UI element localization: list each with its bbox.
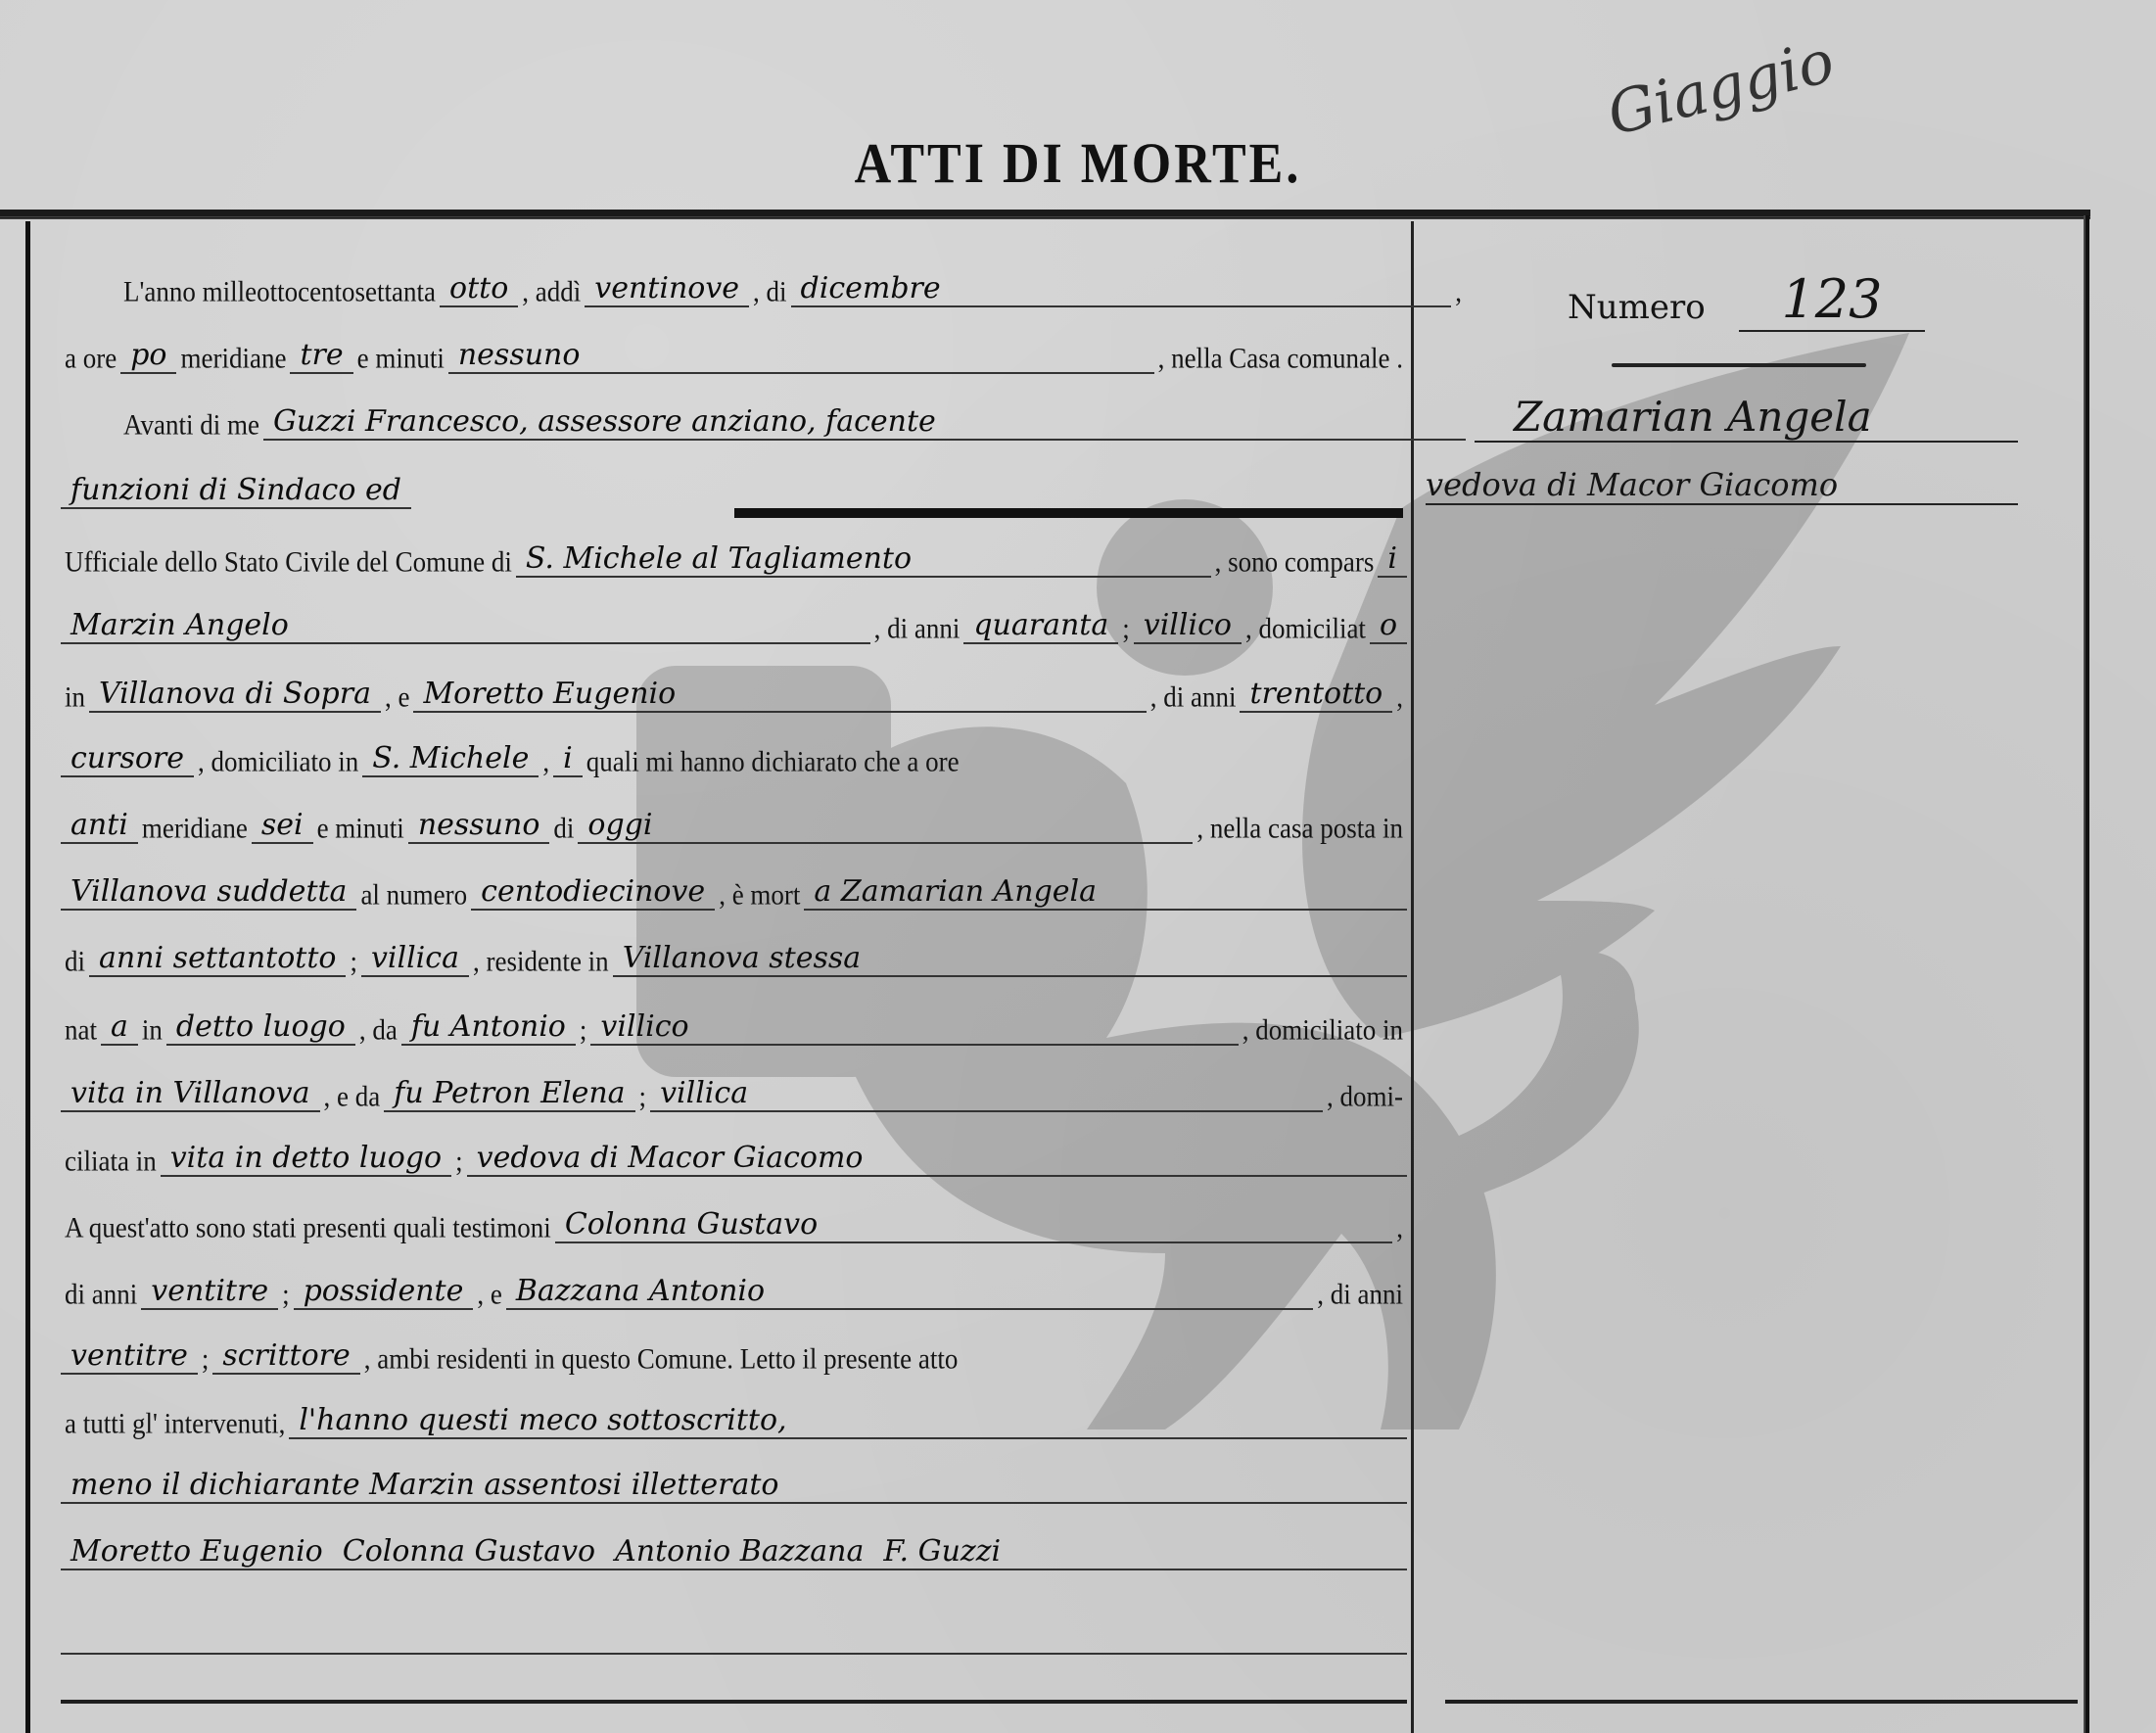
printed-text: Avanti di me (119, 409, 263, 442)
record-line: antimeridianeseie minutinessunodioggi, n… (61, 793, 1407, 844)
frame-column-divider (1411, 221, 1414, 1733)
handwritten-entry: Bazzana Antonio (506, 1274, 1313, 1310)
printed-text: nat (61, 1014, 101, 1047)
deceased-name: Zamarian Angela (1475, 393, 2018, 443)
handwritten-entry: S. Michele al Tagliamento (516, 541, 1211, 578)
printed-text: ; (1118, 613, 1134, 645)
handwritten-entry: tre (290, 338, 352, 374)
handwritten-entry: Antonio Bazzana (605, 1534, 873, 1570)
record-line: ciliata invita in detto luogo;vedova di … (61, 1126, 1407, 1177)
register-column: Numero 123 Zamarian Angela vedova di Mac… (1416, 221, 2082, 1733)
frame-left-border (25, 221, 30, 1733)
handwritten-entry: cursore (61, 741, 194, 777)
printed-text: al numero (356, 879, 471, 912)
numero-ornament-rule (1612, 363, 1866, 367)
printed-text: , e da (320, 1081, 385, 1113)
handwritten-entry: centodiecinove (471, 874, 715, 911)
printed-text: a ore (61, 343, 120, 375)
handwritten-entry: fu Antonio (401, 1009, 576, 1046)
record-line: Ufficiale dello Stato Civile del Comune … (61, 527, 1407, 578)
printed-text: ; (198, 1343, 213, 1376)
handwritten-entry: ventinove (585, 271, 749, 307)
handwritten-entry: ventitre (141, 1274, 278, 1310)
printed-text: , ambi residenti in questo Comune. Letto… (360, 1343, 962, 1376)
printed-text: ; (451, 1146, 467, 1178)
printed-text: in (61, 681, 89, 714)
printed-text: a tutti gl' intervenuti, (61, 1408, 289, 1440)
handwritten-entry: Villanova stessa (613, 941, 1407, 977)
printed-text: , domiciliat (1242, 613, 1370, 645)
printed-text: , (1392, 681, 1407, 714)
blank-rule (61, 1653, 1407, 1655)
handwritten-entry: Marzin Angelo (61, 608, 870, 644)
page-title: ATTI DI MORTE. (0, 131, 2156, 196)
handwritten-entry: nessuno (408, 808, 550, 844)
handwritten-entry: sei (252, 808, 313, 844)
printed-text: , e (473, 1279, 505, 1311)
handwritten-entry: Colonna Gustavo (555, 1207, 1392, 1243)
handwritten-entry: Guzzi Francesco, assessore anziano, face… (263, 404, 1466, 441)
handwritten-entry: trentotto (1240, 677, 1392, 713)
handwritten-entry: otto (440, 271, 518, 307)
record-line: Avanti di meGuzzi Francesco, assessore a… (61, 390, 1466, 441)
handwritten-entry: vita in detto luogo (161, 1141, 451, 1177)
record-line: a tutti gl' intervenuti,l'hanno questi m… (61, 1388, 1407, 1439)
printed-text: , sono compars (1211, 546, 1379, 579)
handwritten-entry: anni settantotto (89, 941, 346, 977)
handwritten-entry: dicembre (791, 271, 1452, 307)
handwritten-entry: vita in Villanova (61, 1076, 320, 1112)
printed-text: , e (381, 681, 413, 714)
printed-text: , nella Casa comunale . (1154, 343, 1407, 375)
handwritten-entry: F. Guzzi (873, 1534, 1407, 1570)
record-line: Villanova suddettaal numerocentodiecinov… (61, 860, 1407, 911)
printed-text: ; (278, 1279, 294, 1311)
printed-text: e minuti (353, 343, 448, 375)
printed-text: ; (635, 1081, 651, 1113)
handwritten-entry: Colonna Gustavo (333, 1534, 605, 1570)
handwritten-entry: l'hanno questi meco sottoscritto, (289, 1403, 1407, 1439)
printed-text: di (549, 813, 578, 845)
handwritten-entry: Villanova di Sopra (89, 677, 381, 713)
printed-text: A quest'atto sono stati presenti quali t… (61, 1212, 555, 1244)
printed-text: ; (576, 1014, 591, 1047)
handwritten-entry: villico (590, 1009, 1238, 1046)
closing-rule (61, 1700, 1407, 1704)
record-line: meno il dichiarante Marzin assentosi ill… (61, 1453, 1407, 1504)
record-line: ventitre;scrittore, ambi residenti in qu… (61, 1324, 1407, 1375)
printed-text: , di (749, 276, 791, 308)
printed-text: , nella casa posta in (1193, 813, 1407, 845)
handwritten-entry: i (553, 741, 583, 777)
printed-text: , domiciliato in (194, 746, 362, 778)
handwritten-entry: a Zamarian Angela (804, 874, 1407, 911)
record-line: cursore, domiciliato inS. Michele,iquali… (61, 726, 1407, 777)
handwritten-entry: villico (1134, 608, 1242, 644)
record-line: funzioni di Sindaco ed (61, 458, 1407, 509)
handwritten-entry: Moretto Eugenio (61, 1534, 333, 1570)
handwritten-entry: vedova di Macor Giacomo (467, 1141, 1407, 1177)
printed-text: Ufficiale dello Stato Civile del Comune … (61, 546, 516, 579)
printed-text: di anni (61, 1279, 141, 1311)
printed-text: e minuti (313, 813, 408, 845)
record-line: vita in Villanova, e dafu Petron Elena;v… (61, 1061, 1407, 1112)
printed-text: in (138, 1014, 166, 1047)
printed-text: , è mort (715, 879, 804, 912)
handwritten-entry: i (1378, 541, 1407, 578)
top-rule-divider (0, 210, 2090, 219)
printed-text: L'anno milleottocentosettanta (119, 276, 440, 308)
record-line: dianni settantotto;villica, residente in… (61, 926, 1407, 977)
handwritten-entry: po (120, 338, 176, 374)
printed-text: , di anni (1147, 681, 1241, 714)
deceased-note: vedova di Macor Giacomo (1426, 466, 2018, 505)
printed-text: , domi- (1323, 1081, 1407, 1113)
handwritten-entry: possidente (294, 1274, 474, 1310)
record-line: L'anno milleottocentosettantaotto, addìv… (61, 257, 1466, 307)
handwritten-entry: nessuno (448, 338, 1154, 374)
handwritten-entry: meno il dichiarante Marzin assentosi ill… (61, 1468, 1407, 1504)
strikeout-bar (734, 508, 1403, 518)
handwritten-entry: Moretto Eugenio (413, 677, 1146, 713)
handwritten-entry: fu Petron Elena (384, 1076, 634, 1112)
printed-text: , di anni (1313, 1279, 1407, 1311)
record-line: di anniventitre;possidente, eBazzana Ant… (61, 1259, 1407, 1310)
handwritten-entry: oggi (578, 808, 1193, 844)
record-line: A quest'atto sono stati presenti quali t… (61, 1193, 1407, 1243)
handwritten-entry: quaranta (963, 608, 1118, 644)
register-closing-rule (1445, 1700, 2078, 1704)
handwritten-entry: villica (650, 1076, 1323, 1112)
numero-label: Numero (1568, 288, 1706, 327)
printed-text: , addì (518, 276, 585, 308)
handwritten-entry: o (1370, 608, 1407, 644)
handwritten-entry: funzioni di Sindaco ed (61, 473, 411, 509)
handwritten-entry: scrittore (212, 1338, 359, 1375)
handwritten-entry: a (101, 1009, 138, 1046)
record-line: inVillanova di Sopra, eMoretto Eugenio, … (61, 662, 1407, 713)
printed-text: , da (355, 1014, 401, 1047)
record-line: a orepomeridianetree minutinessuno, nell… (61, 323, 1407, 374)
record-line: nataindetto luogo, dafu Antonio;villico,… (61, 995, 1407, 1046)
printed-text: meridiane (138, 813, 252, 845)
printed-text: , (539, 746, 553, 778)
printed-text: ciliata in (61, 1146, 161, 1178)
record-line: Marzin Angelo, di anniquaranta;villico, … (61, 593, 1407, 644)
handwritten-entry: villica (361, 941, 469, 977)
handwritten-entry: anti (61, 808, 138, 844)
handwritten-entry: ventitre (61, 1338, 198, 1375)
printed-text: , residente in (469, 946, 613, 978)
printed-text: , domiciliato in (1239, 1014, 1407, 1047)
record-line: Moretto EugenioColonna GustavoAntonio Ba… (61, 1520, 1407, 1570)
numero-value: 123 (1739, 268, 1925, 332)
printed-text: ; (346, 946, 361, 978)
frame-right-border (2084, 215, 2089, 1733)
printed-text: , di anni (870, 613, 964, 645)
printed-text: meridiane (176, 343, 290, 375)
printed-text: quali mi hanno dichiarato che a ore (583, 746, 963, 778)
printed-text: , (1392, 1212, 1407, 1244)
printed-text: di (61, 946, 89, 978)
handwritten-entry: detto luogo (166, 1009, 355, 1046)
handwritten-entry: S. Michele (362, 741, 539, 777)
handwritten-entry: Villanova suddetta (61, 874, 356, 911)
